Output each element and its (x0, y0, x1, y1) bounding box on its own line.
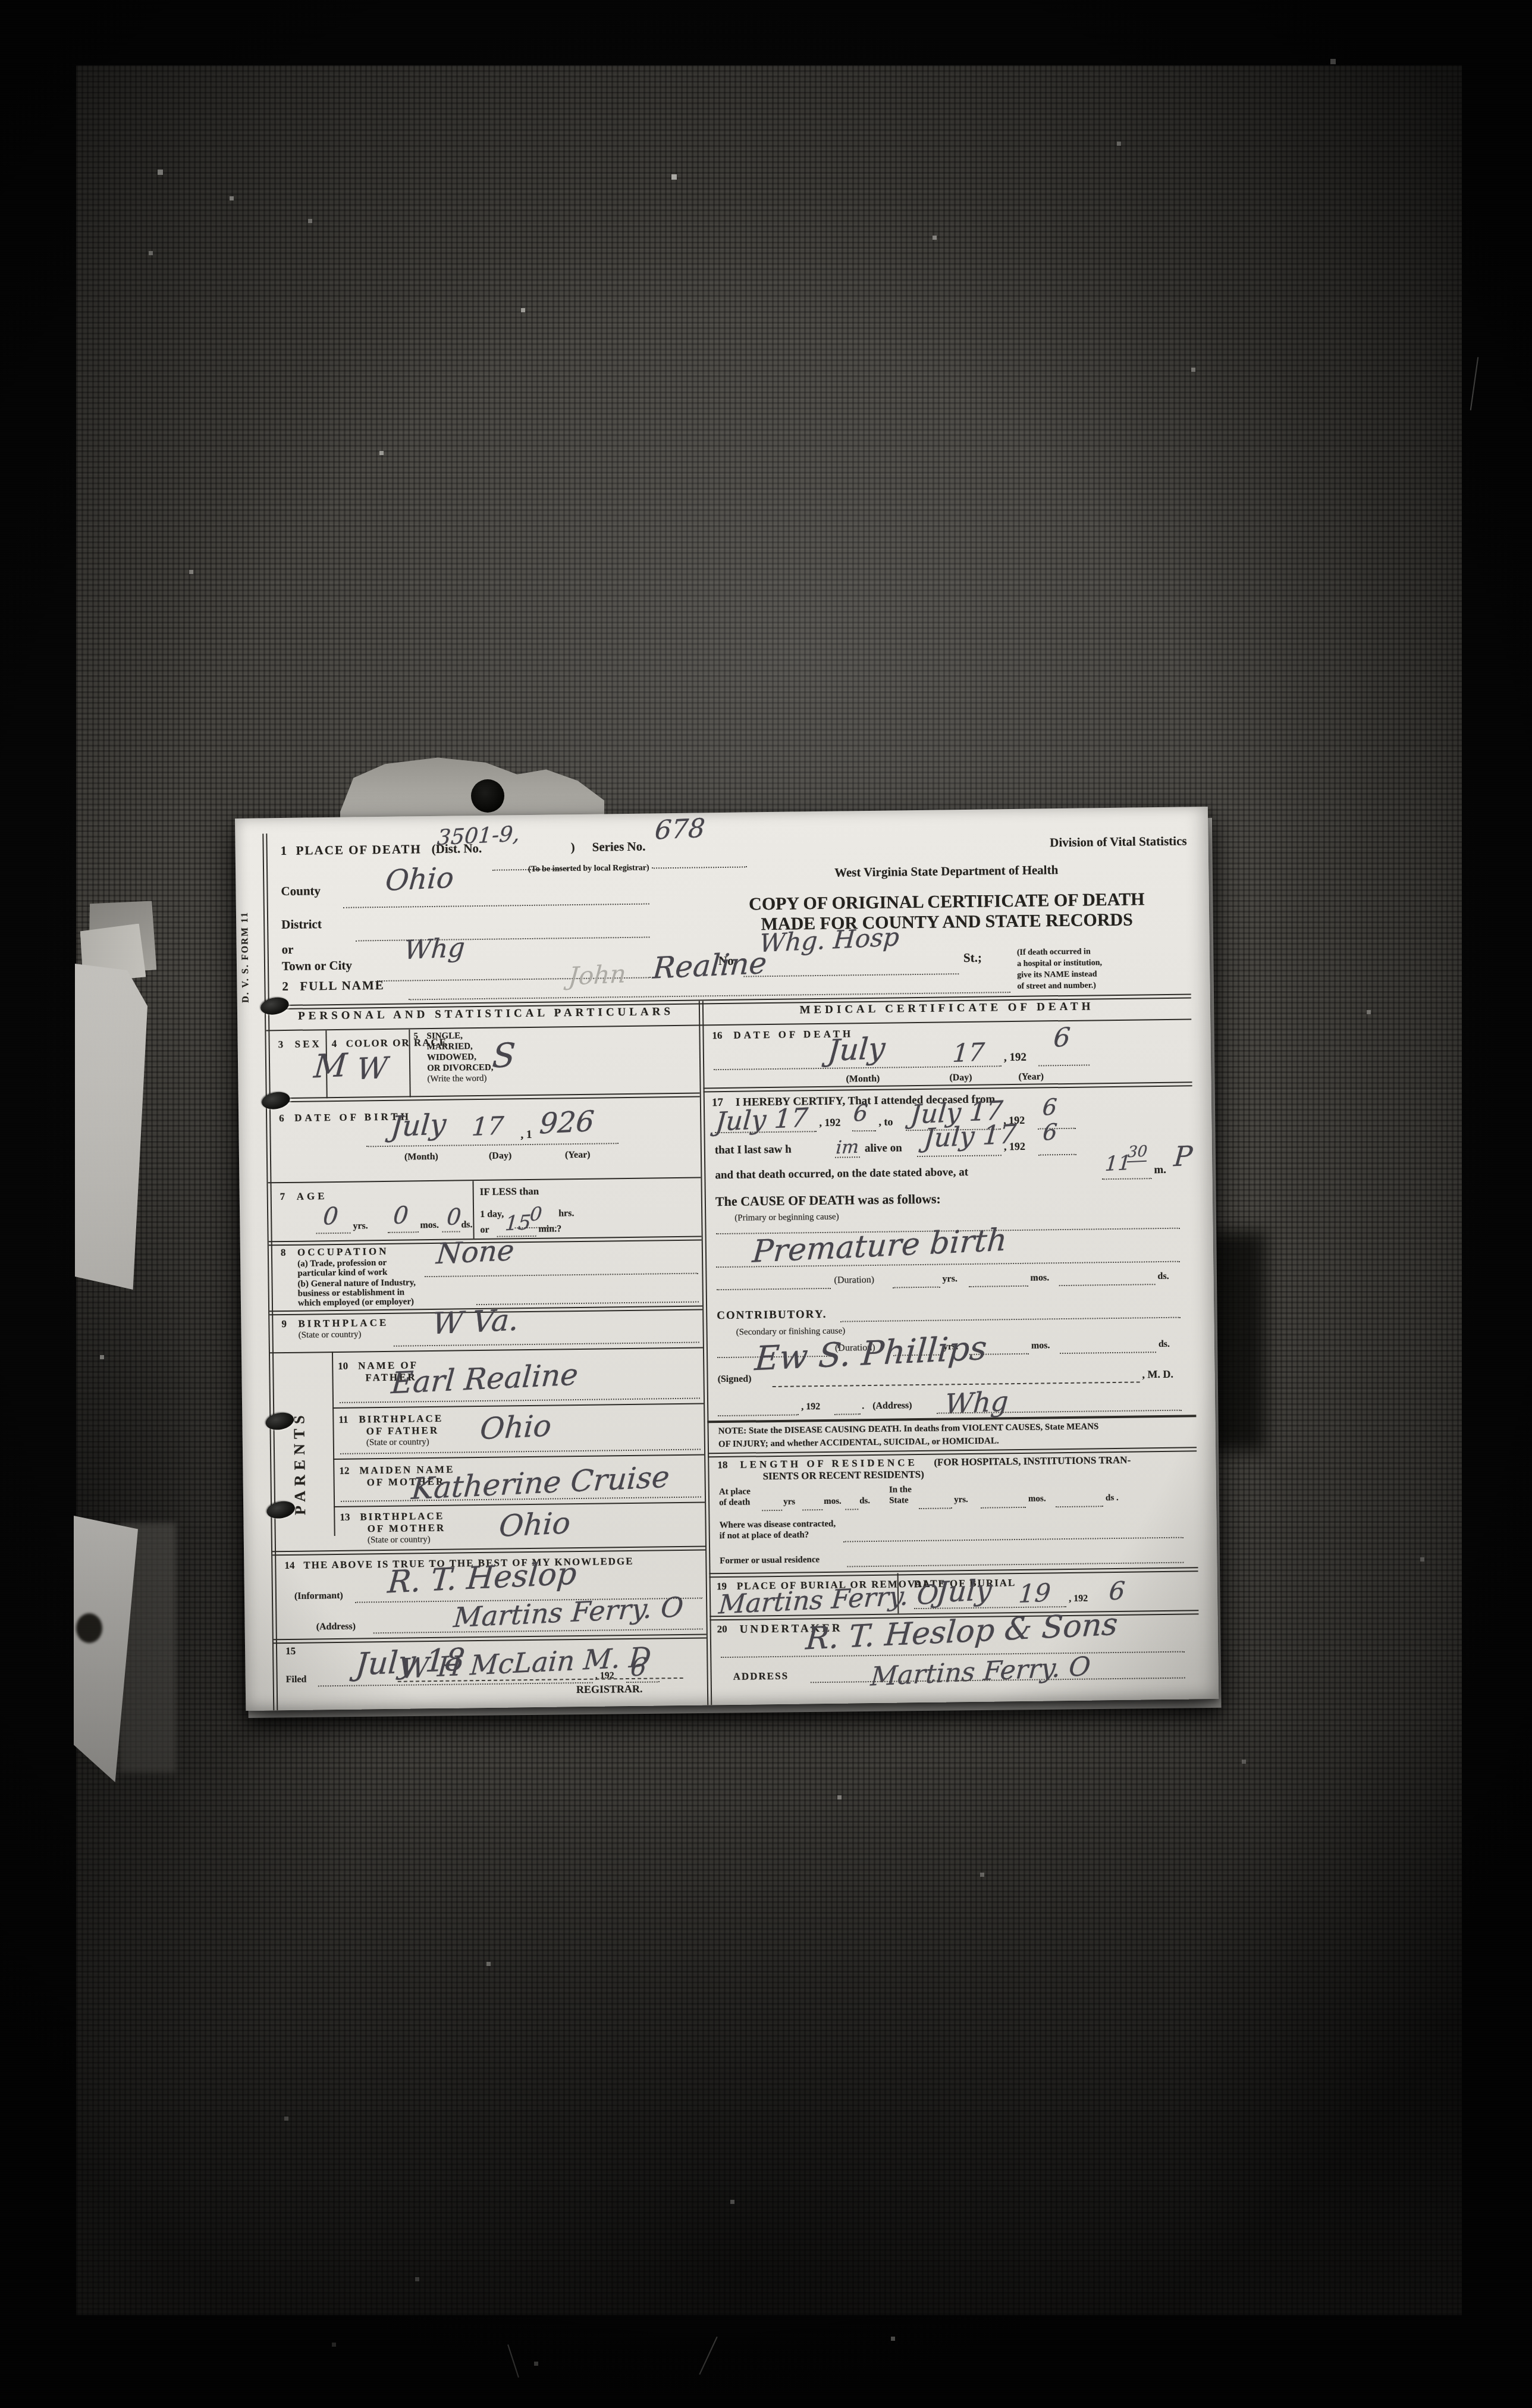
undertaker-address-value: Martins Ferry. O (869, 1651, 1091, 1692)
scratch (1470, 357, 1479, 410)
marital-write-word: (Write the word) (427, 1074, 486, 1084)
punch-hole-on-paper (76, 1613, 102, 1643)
bp-line (394, 1341, 699, 1347)
sig-year-printed: , 192 (801, 1401, 820, 1412)
burial-month-value: July (935, 1573, 993, 1609)
no-value: Whg. Hosp (758, 922, 900, 958)
time-sup-value: 30 (1127, 1143, 1148, 1163)
fbp-sub: (State or country) (366, 1437, 429, 1448)
bp-value: W Va. (431, 1303, 520, 1341)
filed-label: Filed (286, 1675, 307, 1685)
item1-number: 1 (281, 844, 287, 858)
marital-number: 5 (413, 1031, 418, 1042)
alive-on-label: alive on (865, 1142, 902, 1155)
dob-number: 6 (279, 1113, 284, 1124)
dots (1038, 1153, 1076, 1156)
sig-address-label: (Address) (872, 1400, 912, 1411)
yrs-label: yrs. (353, 1221, 368, 1231)
dots (893, 1286, 940, 1288)
bp-sub: (State or country) (299, 1330, 362, 1340)
lastsaw-year-printed: , 192 (1004, 1141, 1025, 1153)
informant-label: (Informant) (294, 1591, 343, 1602)
dob-line (366, 1142, 619, 1147)
dob-year-printed: , 1 (520, 1129, 532, 1142)
dob-day-value: 17 (470, 1111, 504, 1142)
mbp-value: Ohio (498, 1506, 572, 1544)
column-divider-rule (699, 1001, 712, 1705)
mbp-number: 13 (340, 1512, 350, 1523)
dots (1059, 1283, 1156, 1286)
dod-day-label: (Day) (949, 1073, 972, 1083)
series-note: (To be inserted by local Registrar) (528, 863, 649, 874)
dots (718, 1413, 799, 1416)
dots (1056, 1505, 1103, 1507)
mbp-sub: (State or country) (368, 1535, 431, 1545)
age-mos-value: 0 (392, 1202, 409, 1230)
race-value: W (356, 1051, 389, 1086)
death-certificate: D. V. S. FORM 11 1 PLACE OF DEATH (Dist.… (235, 807, 1219, 1711)
marital-line4: OR DIVORCED, (427, 1063, 494, 1074)
lastsaw-line (917, 1154, 1002, 1157)
parents-label: PARENTS (291, 1384, 309, 1515)
dob-month-value: July (390, 1108, 447, 1143)
former-label: Former or usual residence (720, 1555, 820, 1566)
county-value: Ohio (384, 861, 455, 898)
filed-number: 15 (285, 1646, 296, 1657)
occ-number: 8 (281, 1247, 286, 1259)
atplace-1: At place (719, 1487, 751, 1497)
mbp-l2: OF MOTHER (367, 1523, 445, 1535)
town-value: Whg (403, 933, 466, 966)
county-line (343, 902, 649, 908)
age-line (316, 1232, 351, 1234)
parents-divider (332, 1352, 335, 1536)
place-of-death-label: PLACE OF DEATH (296, 842, 422, 858)
contributory-label: CONTRIBUTORY. (717, 1309, 827, 1322)
residence-number: 18 (717, 1460, 727, 1471)
county-label: County (281, 884, 321, 898)
scratch (507, 2344, 519, 2378)
no-line (743, 973, 959, 977)
him-value: im (835, 1137, 859, 1159)
dod-year-printed: , 192 (1004, 1052, 1026, 1064)
marital-line3: WIDOWED, (427, 1052, 476, 1063)
residence-label3: SIENTS OR RECENT RESIDENTS) (762, 1469, 924, 1482)
dust-specks (0, 0, 2, 2)
fbp-l2: OF FATHER (366, 1425, 439, 1437)
fbp-line (340, 1448, 701, 1454)
rule (268, 1177, 701, 1183)
hospital-note-4: of street and number.) (1017, 980, 1195, 991)
district-line (356, 936, 650, 941)
time-line (1101, 1177, 1151, 1180)
dod-month-value: July (826, 1031, 886, 1068)
former-line (847, 1562, 1183, 1567)
hospital-note-1: (If death occurred in (1017, 946, 1195, 957)
punch-hole-in-tab (471, 779, 504, 813)
father-number: 10 (338, 1361, 348, 1372)
res-yrs2: yrs. (954, 1495, 968, 1505)
duration-mos: mos. (1030, 1272, 1049, 1283)
dod-year-value: 6 (1053, 1022, 1072, 1053)
or-label: or (282, 943, 294, 957)
rule (704, 1081, 1192, 1092)
rule (267, 1092, 700, 1102)
cause-sub: (Primary or beginning cause) (734, 1212, 839, 1224)
dod-number: 16 (712, 1030, 722, 1042)
burial-day-value: 19 (1018, 1578, 1051, 1609)
md-label: , M. D. (1142, 1369, 1173, 1381)
knowledge-number: 14 (284, 1560, 294, 1572)
signed-line (773, 1381, 1140, 1387)
marital-line1: SINGLE, (426, 1031, 463, 1041)
res-ds2: ds . (1106, 1493, 1119, 1503)
occ-label: OCCUPATION (297, 1246, 389, 1259)
dots (834, 1413, 861, 1415)
res-ds: ds. (859, 1496, 870, 1506)
certify-from-year-value: 6 (852, 1100, 869, 1127)
age-line (442, 1230, 460, 1232)
age-yrs-value: 0 (322, 1202, 339, 1230)
certify-from-year-printed: , 192 (819, 1117, 840, 1129)
hrs-label: hrs. (558, 1208, 574, 1219)
dots (969, 1285, 1028, 1287)
or-label2: or (480, 1225, 489, 1236)
dist-close: ) (570, 841, 574, 854)
scratch (699, 2337, 717, 2375)
contributory-line (840, 1316, 1181, 1322)
disease-line (843, 1537, 1183, 1542)
mother-number: 12 (339, 1466, 349, 1477)
marital-value: S (491, 1036, 516, 1076)
res-mos: mos. (824, 1497, 842, 1507)
year-label: (Year) (565, 1150, 591, 1161)
one-day-label: 1 day, (480, 1209, 504, 1220)
duration2-mos: mos. (1031, 1340, 1050, 1351)
min-value: 15 (504, 1211, 532, 1236)
undertaker-address-label: ADDRESS (733, 1671, 789, 1683)
informant-address-value: Martins Ferry. O (453, 1591, 685, 1633)
occ-a2: particular kind of work (297, 1268, 387, 1278)
inthe-1: In the (889, 1485, 912, 1495)
st-label: St.; (963, 951, 982, 965)
atplace-2: of death (719, 1498, 750, 1508)
res-mos2: mos. (1028, 1494, 1046, 1504)
day-label: (Day) (489, 1150, 511, 1161)
dob-year-value: 926 (538, 1105, 595, 1140)
bp-number: 9 (281, 1319, 287, 1330)
min-label: min.? (538, 1224, 561, 1234)
dots (981, 1506, 1026, 1509)
marital-line2: MARRIED, (427, 1042, 473, 1052)
burial-year-printed: , 192 (1069, 1594, 1088, 1604)
age-label: AGE (297, 1191, 328, 1202)
hospital-note-2: a hospital or institution, (1017, 957, 1195, 968)
time-period-value: P (1173, 1140, 1194, 1172)
dots (802, 1509, 822, 1510)
father-value: Earl Realine (390, 1357, 579, 1401)
physician-address-value: Whg (944, 1385, 1010, 1420)
note-line1: NOTE: State the DISEASE CAUSING DEATH. I… (718, 1422, 1099, 1436)
dod-year-label: (Year) (1018, 1071, 1044, 1082)
informant-address-label: (Address) (316, 1622, 356, 1632)
duration-yrs: yrs. (942, 1274, 958, 1284)
residence-label2: (FOR HOSPITALS, INSTITUTIONS TRAN- (934, 1455, 1131, 1469)
fullname-number: 2 (282, 980, 288, 993)
fullname-faint-pencil: John (567, 959, 627, 991)
dots (762, 1509, 782, 1511)
age-line (387, 1231, 418, 1233)
dots (717, 1287, 831, 1290)
undertaker-number: 20 (717, 1624, 727, 1635)
occ-a-line (425, 1272, 698, 1278)
town-label: Town or City (282, 959, 352, 974)
fbp-value: Ohio (479, 1408, 552, 1446)
department-label: West Virginia State Department of Health (705, 861, 1187, 881)
lastsaw-label: that I last saw h (715, 1144, 792, 1157)
left-border-rule (262, 833, 278, 1710)
burial-year-value: 6 (1108, 1576, 1126, 1606)
division-label: Division of Vital Statistics (949, 834, 1186, 851)
rule (270, 1347, 703, 1353)
sex-value: M (313, 1046, 349, 1086)
duration-label: (Duration) (834, 1275, 874, 1285)
dots (919, 1507, 952, 1509)
dist-no-value: 3501-9, (437, 822, 521, 851)
microfilm-photo: { "p": { "form_code": "D. V. S. FORM 11"… (0, 0, 1532, 2408)
hospital-note-3: give its NAME instead (1017, 968, 1195, 980)
lastsaw-value: July 17 (922, 1119, 1017, 1153)
certify-to-year-value: 6 (1041, 1094, 1058, 1121)
occ-value: None (435, 1234, 516, 1271)
age-number: 7 (280, 1192, 285, 1203)
fbp-l1: BIRTHPLACE (359, 1413, 443, 1425)
ifless-label: IF LESS than (480, 1186, 539, 1198)
rule (333, 1454, 704, 1460)
dod-day-value: 17 (952, 1037, 985, 1068)
occ-b3: which employed (or employer) (298, 1297, 414, 1308)
sex-number: 3 (278, 1039, 284, 1051)
bp-label: BIRTHPLACE (298, 1318, 388, 1330)
dots (1060, 1351, 1156, 1354)
mos-label: mos. (420, 1220, 439, 1231)
registrar-label: REGISTRAR. (576, 1683, 643, 1696)
punch-hole (260, 1090, 291, 1111)
fullname-value: Realine (652, 946, 768, 986)
certify-to-label: , to (878, 1117, 893, 1128)
undertaker-line (721, 1651, 1185, 1658)
mbp-l1: BIRTHPLACE (360, 1511, 444, 1523)
occurred-label: and that death occurred, on the date sta… (715, 1167, 968, 1182)
rule (334, 1501, 705, 1507)
series-label: Series No. (592, 840, 645, 854)
district-label: District (281, 917, 322, 932)
rule (332, 1403, 704, 1409)
fbp-number: 11 (338, 1415, 348, 1426)
series-value: 678 (654, 813, 706, 846)
m-label: m. (1154, 1164, 1166, 1177)
dots (845, 1508, 858, 1510)
res-yrs: yrs (783, 1497, 795, 1507)
cause-label: The CAUSE OF DEATH was as follows: (715, 1192, 941, 1209)
disease-1: Where was disease contracted, (719, 1519, 836, 1531)
note-line2: OF INJURY; and whether ACCIDENTAL, SUICI… (718, 1436, 999, 1449)
age-box-divider (472, 1181, 474, 1239)
signed-label: (Signed) (717, 1374, 751, 1384)
dod-month-label: (Month) (846, 1074, 880, 1084)
dots (852, 1130, 876, 1131)
inthe-2: State (889, 1495, 909, 1506)
ds-label: ds. (461, 1219, 472, 1230)
disease-2: if not at place of death? (720, 1530, 809, 1541)
fullname-label: FULL NAME (300, 979, 385, 993)
duration-ds: ds. (1157, 1271, 1169, 1282)
age-ds-value: 0 (446, 1203, 463, 1230)
form-code: D. V. S. FORM 11 (239, 854, 252, 1003)
rule (272, 1545, 705, 1556)
sig-period: . (862, 1401, 864, 1412)
month-label: (Month) (404, 1152, 438, 1162)
lastsaw-year-value: 6 (1042, 1119, 1059, 1146)
duration2-ds: ds. (1159, 1339, 1170, 1350)
dod-year-line (1038, 1064, 1090, 1066)
